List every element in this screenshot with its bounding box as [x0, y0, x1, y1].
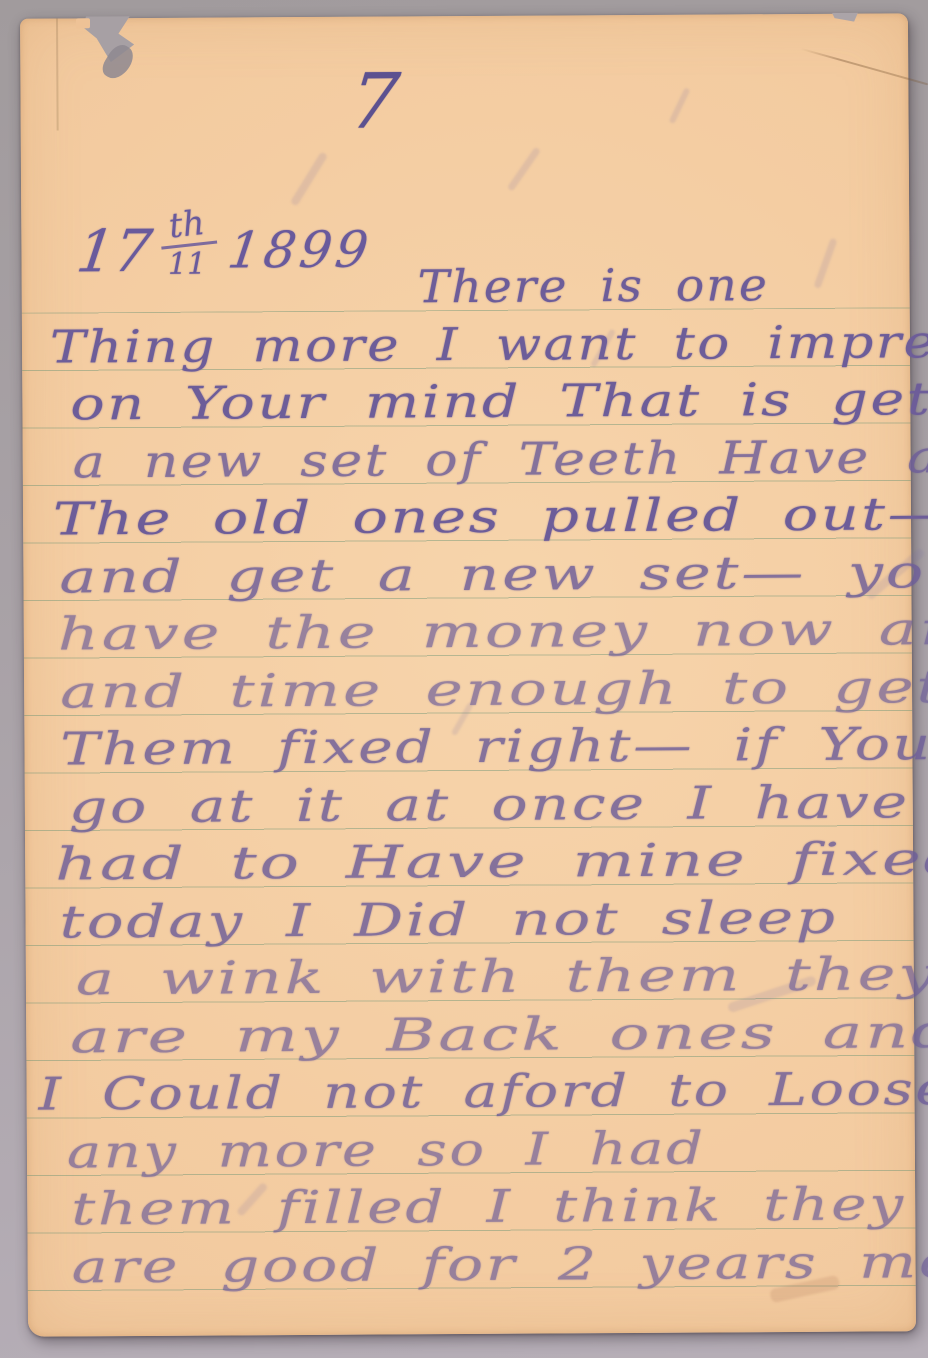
- handwriting-line: are my Back ones and: [70, 1009, 928, 1059]
- ink-smudge: [813, 238, 837, 289]
- handwriting-line: had to Have mine fixed: [55, 836, 928, 887]
- date-month: 11: [168, 247, 206, 280]
- ink-smudge: [507, 147, 541, 192]
- handwriting-line: any more so I had: [67, 1125, 706, 1174]
- photo-background: 7 17 th 11 1899 There is one Thing more …: [0, 0, 928, 1358]
- date-ordinal: th: [157, 205, 217, 250]
- handwriting-line: on Your mind That is get—: [70, 376, 928, 427]
- handwriting-line: a wink with them they: [76, 951, 928, 1001]
- handwriting-line: and get a new set— you: [59, 548, 928, 599]
- torn-edge-top-right: [832, 13, 858, 22]
- handwriting-line: go at it at once I have: [69, 779, 910, 829]
- torn-edge-highlight: [76, 18, 90, 28]
- page-number: 7: [346, 56, 403, 145]
- date-year: 1899: [225, 225, 375, 276]
- letter-page: 7 17 th 11 1899 There is one Thing more …: [20, 13, 916, 1336]
- tear-crease-top-right: [800, 48, 928, 86]
- handwriting-line: I Could not aford to Loose: [38, 1066, 928, 1117]
- handwriting-line: them filled I think they: [71, 1181, 906, 1231]
- ink-smudge: [290, 151, 328, 206]
- handwriting-line: Them fixed right— if You: [60, 721, 928, 771]
- handwriting-line: and time enough to get: [60, 664, 928, 714]
- date-fraction: th 11: [159, 208, 215, 280]
- handwriting-line: today I Did not sleep: [59, 894, 837, 944]
- handwriting-line: There is one: [417, 262, 769, 309]
- ink-smudge: [669, 87, 691, 124]
- date-heading: 17 th 11 1899: [77, 207, 372, 281]
- crease-mark: [56, 18, 59, 130]
- handwriting-line: The old ones pulled out—: [53, 491, 928, 541]
- handwriting-line: have the money now and: [58, 606, 928, 657]
- handwriting-line: a new set of Teeth Have all: [73, 433, 928, 484]
- handwriting-line: are good for 2 years more: [71, 1238, 928, 1289]
- date-day: 17: [74, 222, 156, 280]
- handwriting-line: Thing more I want to impress: [50, 318, 928, 369]
